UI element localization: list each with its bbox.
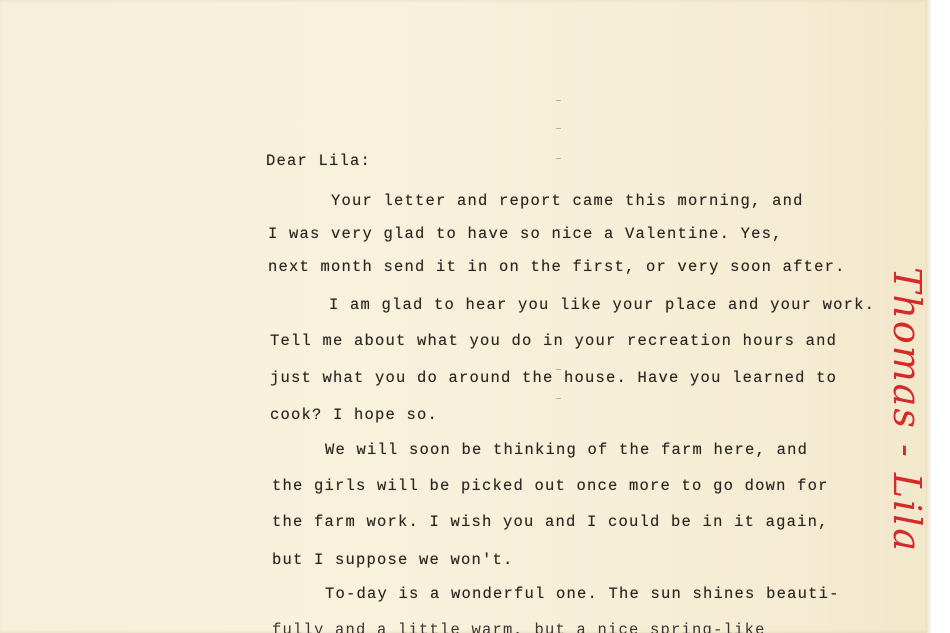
red-handwritten-annotation: Thomas - Lila	[885, 267, 929, 553]
fold-mark	[556, 398, 561, 399]
letter-page	[0, 0, 930, 633]
letter-line: Tell me about what you do in your recrea…	[270, 332, 837, 350]
fold-mark	[556, 158, 561, 159]
letter-line: I was very glad to have so nice a Valent…	[268, 225, 783, 243]
letter-line: but I suppose we won't.	[272, 551, 514, 569]
letter-line: the farm work. I wish you and I could be…	[272, 513, 829, 531]
letter-line-cut-off: fully and a little warm, but a nice spri…	[272, 621, 766, 633]
letter-line: the girls will be picked out once more t…	[272, 477, 829, 495]
letter-line: just what you do around the house. Have …	[270, 369, 837, 387]
letter-line: We will soon be thinking of the farm her…	[325, 441, 808, 459]
letter-line: cook? I hope so.	[270, 406, 438, 424]
letter-line: next month send it in on the first, or v…	[268, 258, 846, 276]
letter-line: I am glad to hear you like your place an…	[329, 296, 875, 314]
letter-line: Your letter and report came this morning…	[331, 192, 804, 210]
letter-line: To-day is a wonderful one. The sun shine…	[325, 585, 840, 603]
fold-mark	[556, 100, 561, 101]
fold-mark	[556, 128, 561, 129]
salutation: Dear Lila:	[266, 152, 371, 170]
